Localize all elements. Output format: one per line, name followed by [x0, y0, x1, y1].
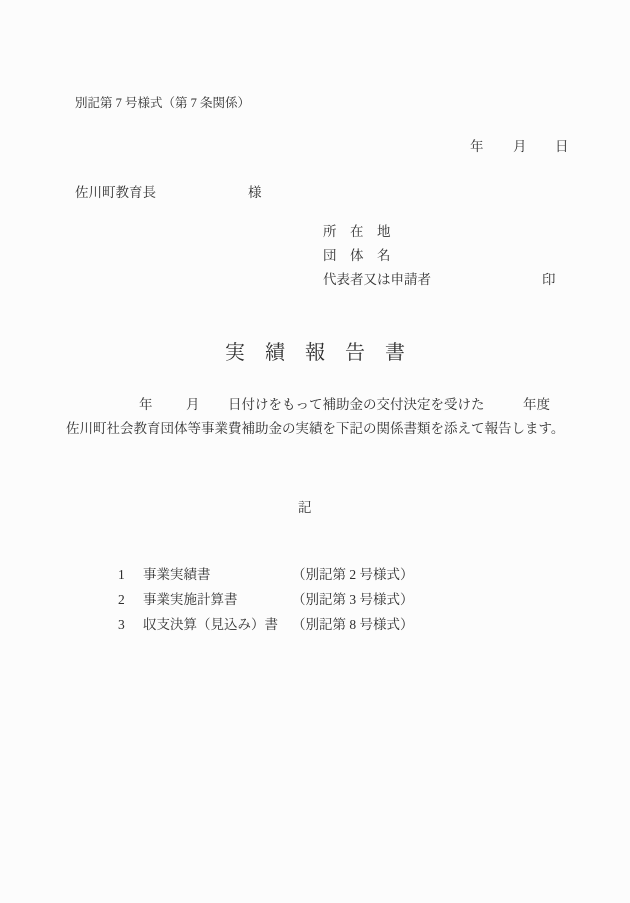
- attachment-name: 収支決算（見込み）書: [143, 617, 278, 633]
- page-title: 実 績 報 告 書: [0, 342, 630, 365]
- date-day-label: 日: [555, 139, 569, 155]
- seal-label: 印: [542, 272, 556, 288]
- attachment-number: 1: [118, 567, 125, 583]
- body-line2-text: 佐川町社会教育団体等事業費補助金の実績を下記の関係書類を添えて報告します。: [66, 421, 564, 437]
- body-line1-year-label: 年: [139, 397, 153, 413]
- date-year-label: 年: [470, 139, 484, 155]
- form-number: 別記第 7 号様式（第 7 条関係）: [75, 96, 250, 110]
- attachment-number: 3: [118, 617, 125, 633]
- report-form-page: 別記第 7 号様式（第 7 条関係） 年 月 日 佐川町教育長 様 所 在 地 …: [0, 0, 630, 903]
- attachment-name: 事業実績書: [143, 567, 211, 583]
- attachment-form-reference: （別記第 2 号様式）: [292, 567, 414, 583]
- body-line1-month-label: 月: [186, 397, 200, 413]
- date-month-label: 月: [513, 139, 527, 155]
- note-heading: 記: [298, 500, 312, 516]
- applicant-representative-label: 代表者又は申請者: [323, 272, 431, 288]
- attachment-number: 2: [118, 592, 125, 608]
- applicant-address-label: 所 在 地: [323, 224, 391, 240]
- body-line1-text: 日付けをもって補助金の交付決定を受けた: [228, 397, 485, 413]
- body-line1-fiscal-year-label: 年度: [523, 397, 550, 413]
- addressee-name: 佐川町教育長: [75, 185, 156, 201]
- attachment-form-reference: （別記第 8 号様式）: [292, 617, 414, 633]
- applicant-organization-label: 団 体 名: [323, 248, 391, 264]
- attachment-form-reference: （別記第 3 号様式）: [292, 592, 414, 608]
- addressee-honorific: 様: [248, 185, 262, 201]
- attachment-name: 事業実施計算書: [143, 592, 238, 608]
